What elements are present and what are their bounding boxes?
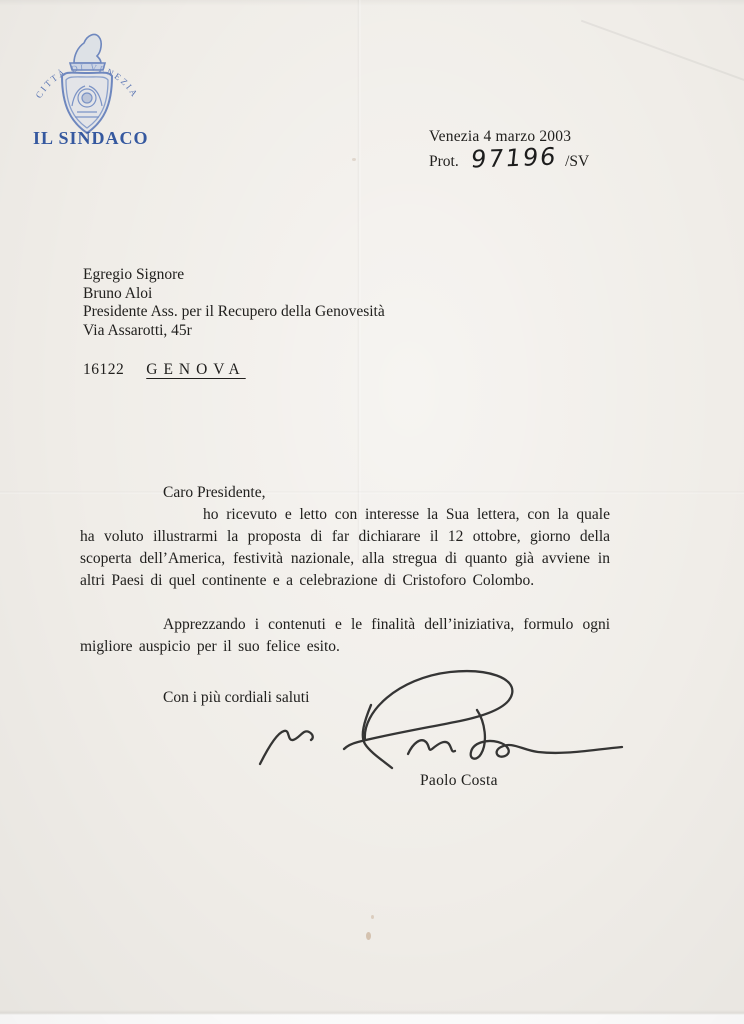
stain-speck (366, 932, 371, 940)
venice-coat-of-arms-icon: CITTÀ DI VENEZIA (26, 14, 148, 138)
postal-code: 16122 (83, 361, 124, 378)
stain-speck (371, 915, 374, 919)
doge-cap-icon (70, 35, 105, 70)
scanned-letter-page: CITTÀ DI VENEZIA IL SINDACO Venezia 4 ma… (0, 0, 744, 1024)
recipient-line: Via Assarotti, 45r (83, 322, 385, 341)
recipient-line: Bruno Aloi (83, 285, 385, 304)
corner-crease (581, 0, 744, 97)
protocol-number-handwritten: 97196 (470, 146, 558, 169)
paragraph: Apprezzando i contenuti e le finalità de… (80, 614, 610, 658)
shield-icon (62, 73, 112, 133)
paragraph: ho ricevuto e letto con interesse la Sua… (80, 504, 610, 592)
protocol-label: Prot. (429, 153, 459, 171)
postal-city-line: 16122GENOVA (83, 361, 385, 380)
date-protocol-block: Venezia 4 marzo 2003 Prot. 97196 /SV (429, 128, 589, 171)
letterhead-title: IL SINDACO (33, 128, 149, 149)
recipient-line: Egregio Signore (83, 266, 385, 285)
recipient-line: Presidente Ass. per il Recupero della Ge… (83, 303, 385, 322)
stain-speck (352, 158, 356, 161)
protocol-suffix: /SV (565, 153, 589, 171)
signer-name: Paolo Costa (420, 772, 498, 790)
recipient-address-block: Egregio Signore Bruno Aloi Presidente As… (83, 266, 385, 380)
salutation: Caro Presidente, (163, 482, 610, 504)
protocol-line: Prot. 97196 /SV (429, 148, 589, 171)
city-name: GENOVA (146, 361, 245, 378)
